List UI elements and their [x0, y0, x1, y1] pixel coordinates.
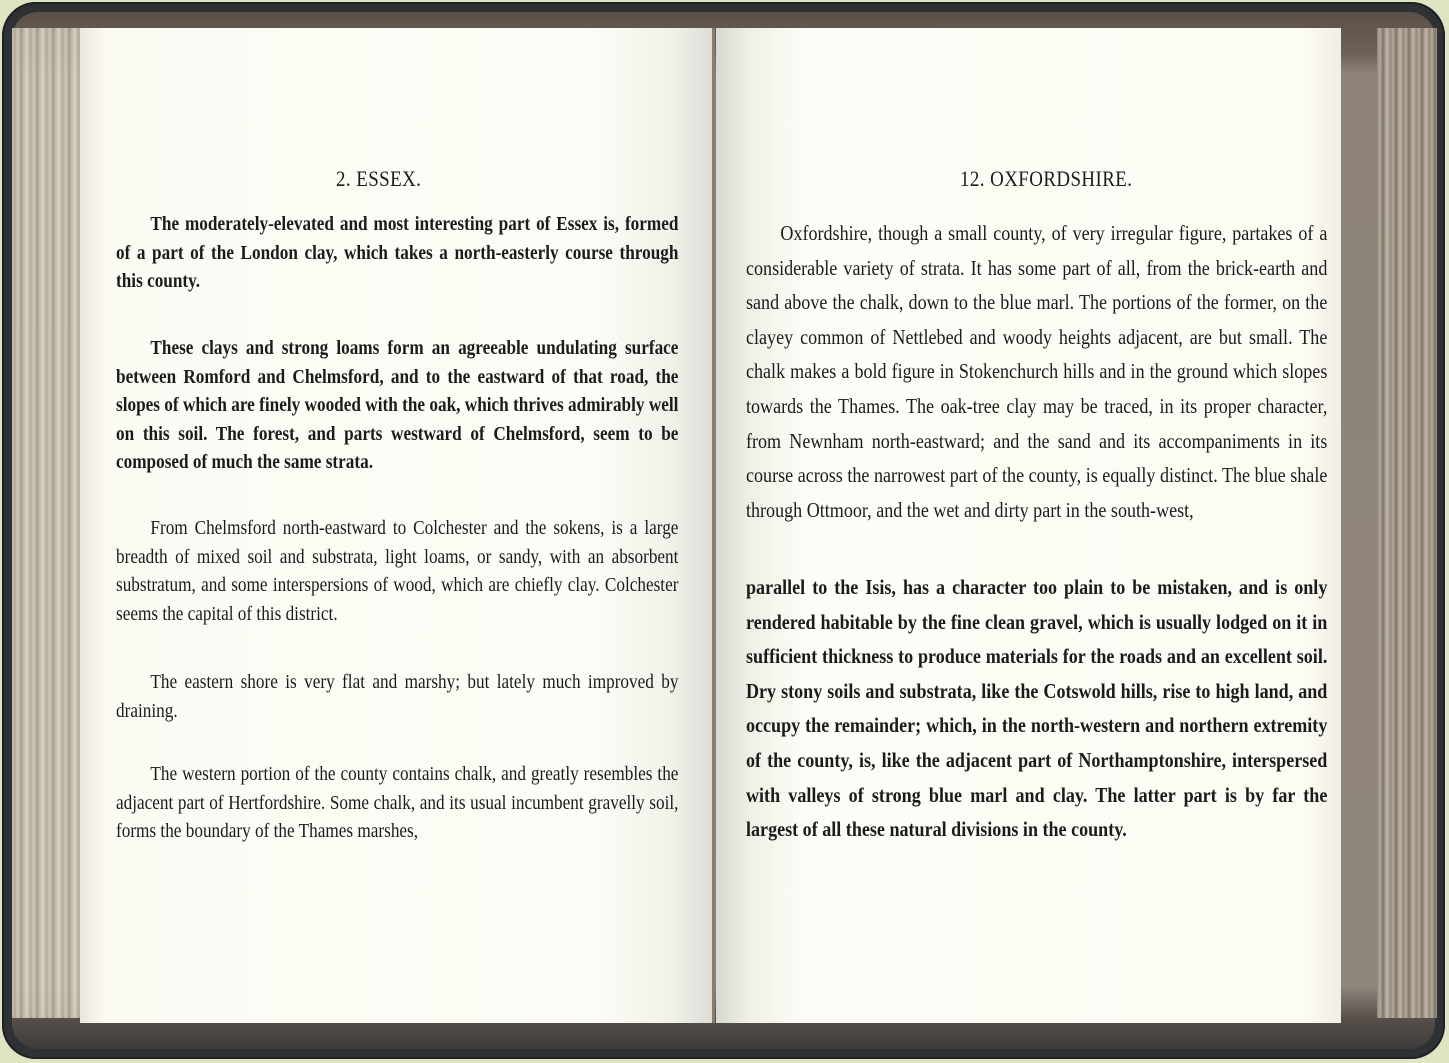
- left-paragraph-3: From Chelmsford north-eastward to Colche…: [116, 514, 678, 628]
- book-gutter: [712, 28, 715, 1023]
- right-page-edges: [1377, 28, 1437, 1018]
- left-paragraph-2: These clays and strong loams form an agr…: [116, 334, 678, 477]
- right-page: 12. OXFORDSHIRE. Oxfordshire, though a s…: [716, 28, 1341, 1023]
- right-paragraph-1: Oxfordshire, though a small county, of v…: [746, 216, 1327, 527]
- right-page-heading: 12. OXFORDSHIRE.: [960, 166, 1132, 192]
- left-paragraph-1: The moderately-elevated and most interes…: [116, 210, 678, 296]
- left-page-heading: 2. ESSEX.: [336, 166, 421, 192]
- left-paragraph-5: The western portion of the county contai…: [116, 760, 678, 846]
- left-paragraph-4: The eastern shore is very flat and marsh…: [116, 668, 678, 725]
- right-paragraph-2: parallel to the Isis, has a character to…: [746, 570, 1327, 847]
- left-page-edges: [12, 28, 90, 1018]
- left-page: 2. ESSEX. The moderately-elevated and mo…: [80, 28, 714, 1023]
